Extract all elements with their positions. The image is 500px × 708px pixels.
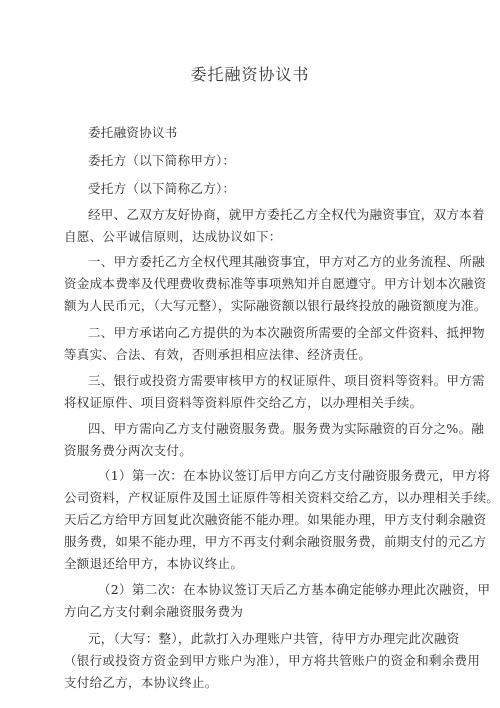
text-line: （1）第一次：在本协议签订后甲方向乙方支付融资服务费元，甲方将 [64,467,436,485]
text-line: 天后乙方给甲方回复此次融资能不能办理。如果能办理，甲方支付剩余融资 [64,511,436,529]
text-line: 支付给乙方，本协议终止。 [64,674,436,692]
text-line: 方向乙方支付剩余融资服务费为 [64,603,436,621]
text-line: 资服务费分两次支付。 [64,442,436,460]
text-line: 自愿、公平诚信原则，达成协议如下： [64,228,436,246]
text-line: 三、银行或投资方需要审核甲方的权证原件、项目资料等资料。甲方需 [64,372,436,390]
text-line: 将权证原件、项目资料等资料原件交给乙方，以办理相关手续。 [64,394,436,412]
text-line: 资金成本费率及代理费收费标准等事项熟知并自愿遵守。甲方计划本次融资 [64,275,436,293]
text-line: 委托方（以下简称甲方）： [64,152,436,170]
text-line: 二、甲方承诺向乙方提供的为本次融资所需要的全部文件资料、抵押物 [64,324,436,342]
text-line: 元，（大写：整），此款打入办理账户共管，待甲方办理完此次融资 [64,630,436,648]
text-line: 一、甲方委托乙方全权代理其融资事宜，甲方对乙方的业务流程、所融 [64,253,436,271]
text-line: 额为人民币元，（大写元整），实际融资额以银行最终投放的融资额度为准。 [64,297,436,315]
text-line: 公司资料，产权证原件及国土证原件等相关资料交给乙方，以办理相关手续。 [64,489,436,507]
text-line: 委托融资协议书 [64,124,436,142]
text-line: 受托方（以下简称乙方）： [64,180,436,198]
text-line: 四、甲方需向乙方支付融资服务费。服务费为实际融资的百分之%。融 [64,420,436,438]
text-line: 全额退还给甲方，本协议终止。 [64,555,436,573]
text-line: 等真实、合法、有效，否则承担相应法律、经济责任。 [64,346,436,364]
text-line: 经甲、乙双方友好协商，就甲方委托乙方全权代为融资事宜，双方本着 [64,206,436,224]
text-line: （银行或投资方资金到甲方账户为准），甲方将共管账户的资金和剩余费用 [64,652,436,670]
document-title: 委托融资协议书 [0,62,500,85]
text-line: 服务费，如果不能办理，甲方不再支付剩余融资服务费，前期支付的元乙方 [64,533,436,551]
text-line: （2）第二次：在本协议签订天后乙方基本确定能够办理此次融资，甲 [64,581,436,599]
